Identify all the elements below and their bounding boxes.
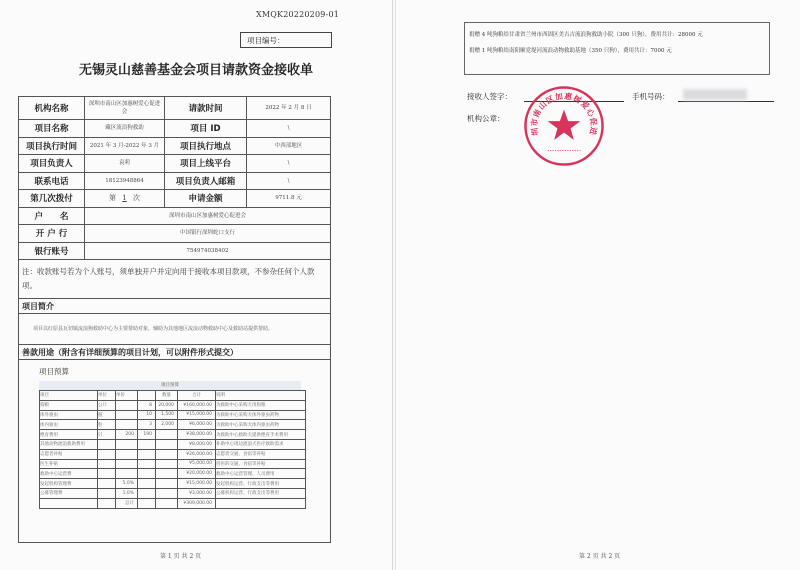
budget-total: ¥38,000.00 (178, 430, 216, 440)
budget-desc: 为救助中心采购犬体外驱虫药物 (216, 410, 306, 420)
budget-price: 200 (116, 430, 138, 440)
budget-row: 医生补贴¥5,000.00兽医的交通、食宿等补贴 (40, 459, 306, 469)
budget-unit (98, 469, 116, 479)
bank-value: 中国银行深圳蛇口支行 (85, 225, 331, 243)
document-code: XMQK20220209-01 (256, 10, 339, 19)
budget-desc: 救助中心运营管理、人员费用 (216, 469, 306, 479)
budget-qty: 10 (138, 410, 156, 420)
amount-label: 申请金额 (165, 190, 247, 208)
budget-item: 公募管理费 (40, 488, 98, 498)
budget-desc: 为救助中心救助犬提供绝育手术费用 (216, 430, 306, 440)
budget-item: 医生补贴 (40, 459, 98, 469)
budget-unit (98, 449, 116, 459)
budget-desc: 补助中心周边流浪犬医疗救助需求 (216, 439, 306, 449)
budget-row: 志愿者补贴¥26,000.00志愿者交通、食宿等补贴 (40, 449, 306, 459)
budget-total: ¥20,000.00 (178, 469, 216, 479)
budget-item: 志愿者补贴 (40, 449, 98, 459)
budget-subtotal (156, 449, 178, 459)
budget-row: 发起机构管理费5.0%¥15,000.00发起机构运营、行政支出等费用 (40, 479, 306, 489)
budget-total: ¥5,000.00 (178, 459, 216, 469)
budget-desc: 志愿者交通、食宿等补贴 (216, 449, 306, 459)
budget-row: 公募管理费1.0%¥3,000.00公募机构运营、行政支出等费用 (40, 488, 306, 498)
budget-subtotal: 1,500 (156, 410, 178, 420)
account-no-label: 银行账号 (19, 242, 85, 260)
budget-price: 1.0% (116, 488, 138, 498)
budget-item: 狗粮 (40, 400, 98, 410)
budget-unit (98, 459, 116, 469)
budget-unit: 瓶 (98, 410, 116, 420)
budget-header-item: 项目 (40, 391, 98, 401)
org-seal-label: 机构公章： (467, 113, 505, 124)
project-id-value: \ (247, 120, 331, 138)
account-note: 注：收款账号若为个人账号，须单独开户并定向用于接收本项目款项，不参杂任何个人款项… (19, 260, 331, 299)
installment-number: 1 (118, 194, 130, 202)
budget-spacer (138, 498, 156, 508)
project-id-label: 项目 ID (165, 120, 247, 138)
receiver-sign-label: 接收人签字： (467, 91, 512, 102)
budget-price (116, 410, 138, 420)
budget-subtotal: 2,000 (156, 420, 178, 430)
budget-row: 体内驱虫粒32,000¥6,000.00为救助中心采购犬体内驱虫药物 (40, 420, 306, 430)
budget-subtotal: 20,000 (156, 400, 178, 410)
budget-qty (138, 469, 156, 479)
budget-desc: 为救助中心采购犬体内驱虫药物 (216, 420, 306, 430)
budget-total: ¥3,000.00 (178, 488, 216, 498)
budget-unit (98, 479, 116, 489)
budget-qty (138, 479, 156, 489)
intro-text: 项目以红原县瓦切镇流浪狗救助中心为主要帮助对象，辅助为其他地区流浪动物救助中心及… (19, 314, 331, 345)
budget-subtotal (156, 430, 178, 440)
budget-price (116, 400, 138, 410)
budget-band-title: 项目预算 (39, 381, 301, 390)
exec-place-label: 项目执行地点 (165, 137, 247, 155)
budget-row: 绝育费用只200190¥38,000.00为救助中心救助犬提供绝育手术费用 (40, 430, 306, 440)
project-name-label: 项目名称 (19, 120, 85, 138)
budget-row: 其他动物流浪救助费用¥8,000.00补助中心周边流浪犬医疗救助需求 (40, 439, 306, 449)
budget-desc: 发起机构运营、行政支出等费用 (216, 479, 306, 489)
exec-time-value: 2021 年 3 月-2022 年 3 月 (85, 137, 165, 155)
budget-total: ¥15,000.00 (178, 410, 216, 420)
budget-price (116, 459, 138, 469)
budget-header-total: 合计 (178, 391, 216, 401)
budget-table: 项目单位单价数量合计说明狗粮公斤820,000¥160,000.00为救助中心采… (39, 390, 306, 509)
budget-grand-total: ¥309,000.00 (178, 498, 216, 508)
budget-qty: 3 (138, 420, 156, 430)
budget-spacer (40, 498, 98, 508)
donation-line-1: 捐赠 4 吨狗粮给甘肃省兰州市西固区美吉吉流浪狗救助小院（300 只狗），费用共… (469, 30, 765, 38)
phone-label: 手机号码： (632, 91, 670, 102)
budget-subtotal (156, 459, 178, 469)
page-footer-1: 第 1 页 共 2 页 (160, 551, 201, 560)
account-no-value: 754974038402 (85, 242, 331, 260)
budget-spacer (216, 498, 306, 508)
budget-title: 项目预算 (39, 366, 324, 377)
project-name-value: 藏区流浪狗救助 (85, 120, 165, 138)
budget-row: 体外驱虫瓶101,500¥15,000.00为救助中心采购犬体外驱虫药物 (40, 410, 306, 420)
budget-spacer (156, 498, 178, 508)
budget-row: 救助中心运营费¥20,000.00救助中心运营管理、人员费用 (40, 469, 306, 479)
donation-details-box: 捐赠 4 吨狗粮给甘肃省兰州市西固区美吉吉流浪狗救助小院（300 只狗），费用共… (464, 22, 770, 75)
form-title: 无锡灵山慈善基金会项目请款资金接收单 (0, 59, 392, 78)
budget-subtotal (156, 439, 178, 449)
budget-total-row: 总计¥309,000.00 (40, 498, 306, 508)
budget-desc: 为救助中心采购犬用狗粮 (216, 400, 306, 410)
request-time-label: 请款时间 (165, 97, 247, 120)
budget-unit (98, 439, 116, 449)
leader-email-label: 项目负责人邮箱 (165, 172, 247, 190)
amount-value: 9711.8 元 (247, 190, 331, 208)
budget-total: ¥15,000.00 (178, 479, 216, 489)
budget-total-label: 总计 (116, 498, 138, 508)
budget-total: ¥160,000.00 (178, 400, 216, 410)
budget-header-desc: 说明 (216, 391, 306, 401)
budget-subtotal (156, 479, 178, 489)
budget-qty: 190 (138, 430, 156, 440)
budget-header-spacer (138, 391, 156, 401)
budget-spacer (98, 498, 116, 508)
redacted-phone (683, 89, 747, 100)
budget-price (116, 420, 138, 430)
budget-header-qty: 数量 (156, 391, 178, 401)
leader-value: 袁莉 (85, 155, 165, 173)
budget-item: 其他动物流浪救助费用 (40, 439, 98, 449)
leader-label: 项目负责人 (19, 155, 85, 173)
budget-item: 绝育费用 (40, 430, 98, 440)
exec-time-label: 项目执行时间 (19, 137, 85, 155)
phone-label: 联系电话 (19, 172, 85, 190)
budget-item: 发起机构管理费 (40, 479, 98, 489)
org-name-value: 深圳市南山区加惠树爱心促进会 (85, 97, 165, 120)
budget-price: 5.0% (116, 479, 138, 489)
installment-label: 第几次拨付 (19, 190, 85, 208)
budget-row: 狗粮公斤820,000¥160,000.00为救助中心采购犬用狗粮 (40, 400, 306, 410)
budget-total: ¥8,000.00 (178, 439, 216, 449)
budget-price (116, 439, 138, 449)
budget-total: ¥26,000.00 (178, 449, 216, 459)
document-page-1: XMQK20220209-01 项目编号： 无锡灵山慈善基金会项目请款资金接收单… (0, 0, 393, 570)
budget-subtotal (156, 488, 178, 498)
budget-header-unit: 单位 (98, 391, 116, 401)
budget-item: 救助中心运营费 (40, 469, 98, 479)
budget-unit: 只 (98, 430, 116, 440)
phone-value: 18123948864 (85, 172, 165, 190)
org-name-label: 机构名称 (19, 97, 85, 120)
request-time-value: 2022 年 2 月 8 日 (247, 97, 331, 120)
budget-price (116, 449, 138, 459)
budget-section: 项目预算 项目预算 项目单位单价数量合计说明狗粮公斤820,000¥160,00… (19, 360, 330, 509)
budget-qty (138, 459, 156, 469)
account-name-label: 户 名 (19, 207, 85, 225)
leader-email-value: \ (247, 172, 331, 190)
budget-header-row: 项目单位单价数量合计说明 (40, 391, 306, 401)
budget-subtotal (156, 469, 178, 479)
budget-qty (138, 439, 156, 449)
official-seal-icon: 深圳市南山区加惠树爱心促进会 (523, 85, 605, 167)
phone-line[interactable] (678, 101, 774, 102)
budget-total: ¥6,000.00 (178, 420, 216, 430)
account-name-value: 深圳市南山区加惠树爱心促进会 (85, 207, 331, 225)
installment-suffix: 次 (133, 194, 140, 202)
budget-desc: 兽医的交通、食宿等补贴 (216, 459, 306, 469)
donation-line-2: 捐赠 1 吨狗粮给南阳顺党堤河流浪动物救助基地（350 只狗），费用共计：700… (469, 46, 765, 54)
exec-place-value: 中西部地区 (247, 137, 331, 155)
budget-qty (138, 449, 156, 459)
installment-prefix: 第 (109, 194, 116, 202)
installment-value: 第 1 次 (85, 190, 165, 208)
budget-qty: 8 (138, 400, 156, 410)
budget-desc: 公募机构运营、行政支出等费用 (216, 488, 306, 498)
budget-item: 体内驱虫 (40, 420, 98, 430)
budget-price (116, 469, 138, 479)
budget-qty (138, 488, 156, 498)
budget-item: 体外驱虫 (40, 410, 98, 420)
page-footer-2: 第 2 页 共 2 页 (579, 551, 620, 560)
platform-value: \ (247, 155, 331, 173)
budget-header-price: 单价 (116, 391, 138, 401)
budget-attachment: 项目预算 项目预算 项目单位单价数量合计说明狗粮公斤820,000¥160,00… (19, 360, 331, 543)
budget-unit (98, 488, 116, 498)
project-number-box: 项目编号： (240, 32, 332, 48)
usage-heading: 善款用途（附含有详细预算的项目计划，可以附件形式提交） (19, 345, 331, 360)
intro-heading: 项目简介 (19, 299, 331, 314)
budget-unit: 公斤 (98, 400, 116, 410)
request-form-table: 机构名称 深圳市南山区加惠树爱心促进会 请款时间 2022 年 2 月 8 日 … (18, 96, 331, 543)
budget-unit: 粒 (98, 420, 116, 430)
bank-label: 开 户 行 (19, 225, 85, 243)
platform-label: 项目上线平台 (165, 155, 247, 173)
